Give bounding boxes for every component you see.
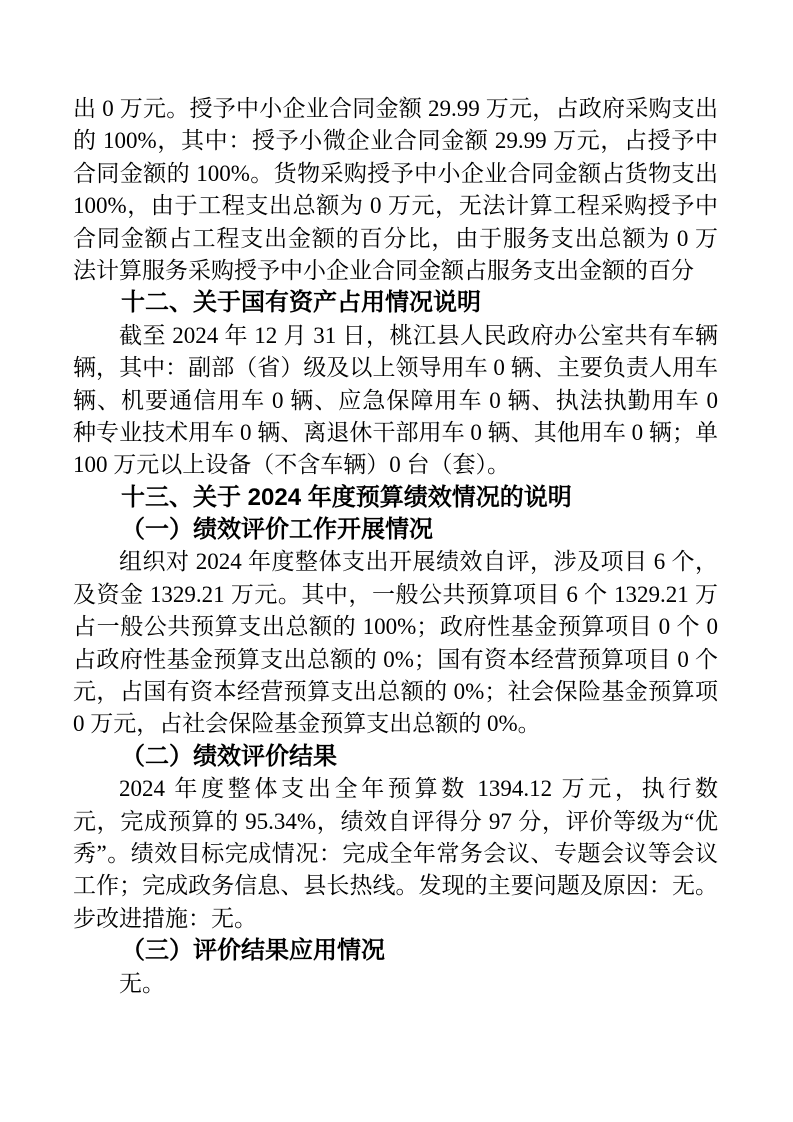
text-line: 工作；完成政务信息、县长热线。发现的主要问题及原因：无。下一 [73, 870, 718, 902]
text-line: 及资金 1329.21 万元。其中，一般公共预算项目 6 个 1329.21 万… [73, 579, 718, 611]
text-line: 合同金额占工程支出金额的百分比，由于服务支出总额为 0 万元，无 [73, 223, 718, 255]
subheading-3-evaluation-result-application: （三）评价结果应用情况 [73, 935, 718, 967]
text-line: 法计算服务采购授予中小企业合同金额占服务支出金额的百分比。 [73, 255, 718, 287]
text-line: 占政府性基金预算支出总额的 0%；国有资本经营预算项目 0 个 0 万 [73, 644, 718, 676]
document-page: 出 0 万元。授予中小企业合同金额 29.99 万元，占政府采购支出总额的 10… [0, 0, 793, 1122]
paragraph-evaluation-results: 2024 年度整体支出全年预算数 1394.12 万元，执行数 1329.21 … [73, 773, 718, 935]
text-line: 占一般公共预算支出总额的 100%；政府性基金预算项目 0 个 0 万元， [73, 611, 718, 643]
paragraph-result-application-none: 无。 [73, 968, 718, 1000]
heading-text: （三）评价结果应用情况 [73, 935, 718, 967]
subheading-1-performance-evaluation-work: （一）绩效评价工作开展情况 [73, 514, 718, 546]
text-line: 0 万元，占社会保险基金预算支出总额的 0%。 [73, 708, 718, 740]
text-line: 100%，由于工程支出总额为 0 万元，无法计算工程采购授予中小企业 [73, 190, 718, 222]
text-line: 辆，其中：副部（省）级及以上领导用车 0 辆、主要负责人用车 0 [73, 352, 718, 384]
text-line: 的 100%，其中：授予小微企业合同金额 29.99 万元，占授予中小企业 [73, 125, 718, 157]
text-line: 种专业技术用车 0 辆、离退休干部用车 0 辆、其他用车 0 辆；单价 [73, 417, 718, 449]
text-line: 2024 年度整体支出全年预算数 1394.12 万元，执行数 1329.21 … [73, 773, 718, 805]
subheading-2-performance-evaluation-results: （二）绩效评价结果 [73, 741, 718, 773]
paragraph-state-assets-occupancy: 截至 2024 年 12 月 31 日，桃江县人民政府办公室共有车辆 0辆，其中… [73, 320, 718, 482]
text-line: 步改进措施：无。 [73, 903, 718, 935]
text-line: 秀”。绩效目标完成情况：完成全年常务会议、专题会议等会议服务 [73, 838, 718, 870]
text-line: 元，占国有资本经营预算支出总额的 0%；社会保险基金预算项目 0 个 [73, 676, 718, 708]
heading-text: 十二、关于国有资产占用情况说明 [73, 287, 718, 319]
text-line: 无。 [73, 968, 718, 1000]
heading-text: 十三、关于 2024 年度预算绩效情况的说明 [73, 482, 718, 514]
text-line: 截至 2024 年 12 月 31 日，桃江县人民政府办公室共有车辆 0 [73, 320, 718, 352]
text-line: 辆、机要通信用车 0 辆、应急保障用车 0 辆、执法执勤用车 0 辆、特 [73, 385, 718, 417]
document-content: 出 0 万元。授予中小企业合同金额 29.99 万元，占政府采购支出总额的 10… [73, 93, 718, 1000]
paragraph-sme-procurement-continued: 出 0 万元。授予中小企业合同金额 29.99 万元，占政府采购支出总额的 10… [73, 93, 718, 287]
text-line: 合同金额的 100%。货物采购授予中小企业合同金额占货物支出金额的 [73, 158, 718, 190]
paragraph-performance-self-evaluation: 组织对 2024 年度整体支出开展绩效自评，涉及项目 6 个，共涉及资金 132… [73, 546, 718, 740]
text-line: 组织对 2024 年度整体支出开展绩效自评，涉及项目 6 个，共涉 [73, 546, 718, 578]
text-line: 出 0 万元。授予中小企业合同金额 29.99 万元，占政府采购支出总额 [73, 93, 718, 125]
heading-text: （二）绩效评价结果 [73, 741, 718, 773]
heading-section-13-budget-performance: 十三、关于 2024 年度预算绩效情况的说明 [73, 482, 718, 514]
heading-text: （一）绩效评价工作开展情况 [73, 514, 718, 546]
text-line: 100 万元以上设备（不含车辆）0 台（套）。 [73, 449, 718, 481]
text-line: 元，完成预算的 95.34%，绩效自评得分 97 分，评价等级为“优 [73, 806, 718, 838]
heading-section-12-state-assets: 十二、关于国有资产占用情况说明 [73, 287, 718, 319]
